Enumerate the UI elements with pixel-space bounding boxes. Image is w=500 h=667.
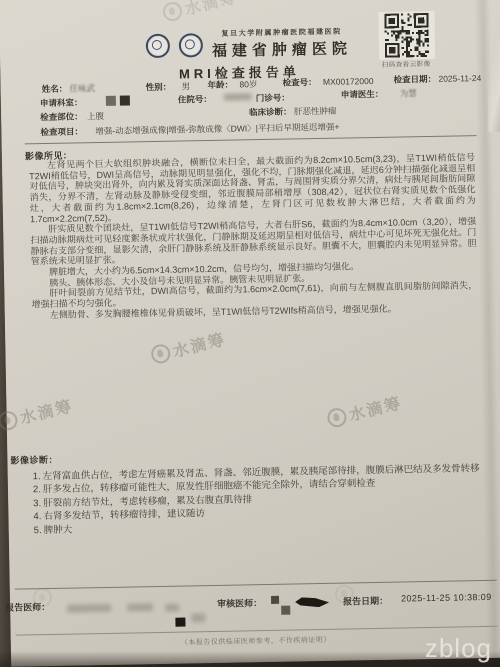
field-exam-date: 检查日期： 2025-11-24: [393, 72, 481, 86]
footer-note: （本报告仅供临床医师参考，不作疾病证明）: [126, 634, 386, 649]
water-drop-icon: [325, 406, 348, 429]
qr-code: [378, 11, 435, 60]
qr-code-svg: [380, 13, 433, 58]
photo-background: 水滴筹 复旦大学附属肿瘤医院福建医院 福建省肿瘤医院 MRI检查报告单 扫码查看…: [0, 0, 500, 667]
hospital-name-block: 复旦大学附属肿瘤医院福建医院 福建省肿瘤医院: [212, 26, 353, 61]
redaction-blur: [165, 604, 179, 612]
signature-row: 报告医师： 审核医师： 报告日期： 2025-11-25 10:38:09: [5, 592, 500, 617]
field-clinical-dx: 临床诊断： 肝恶性肿瘤: [249, 105, 337, 119]
field-outpatient-no: 门诊号：: [256, 92, 290, 105]
field-exam-no: 检查号： MX00172000: [282, 75, 373, 89]
field-name: 姓名： 任咏武: [42, 82, 96, 95]
field-exam-items: 检查项目： 增强-动态增强成像|增强-弥散成像〈DWI〉|平扫后早期延迟增强+: [40, 121, 339, 138]
field-req-doctor: 申请医生： 为慧: [341, 87, 417, 100]
redaction-block: [271, 596, 279, 604]
redaction-blur: [224, 93, 252, 101]
field-body-part: 检查部位： 上腹: [40, 110, 104, 123]
report-date-value: 2025-11-25 10:38:09: [401, 592, 492, 604]
findings-paragraph: 左肾见两个巨大软组织肿块融合，横断位未扫全，最大截面约为8.2cm×10.5cm…: [29, 152, 476, 224]
redaction-blur: [127, 603, 153, 611]
signature-mark: [295, 597, 329, 608]
redaction-blur: [191, 613, 205, 622]
hospital-emblem-icon: [179, 33, 203, 57]
redaction-blur: [67, 604, 111, 613]
report-doctor-label: 报告医师：: [5, 600, 50, 614]
redaction-block: [281, 606, 290, 615]
patient-name: 任咏武: [69, 83, 95, 93]
watermark-shuidichou: 水滴筹: [325, 390, 404, 431]
report-date-label: 报告日期：: [343, 594, 388, 608]
hospital-logo-icon: [146, 34, 170, 58]
redaction-block: [106, 96, 116, 106]
water-drop-icon: [0, 409, 19, 432]
report-paper: 水滴筹 复旦大学附属肿瘤医院福建医院 福建省肿瘤医院 MRI检查报告单 扫码查看…: [0, 0, 500, 667]
qr-caption: 扫码查看云影像: [365, 59, 447, 70]
field-inpatient-no: 住院号：: [178, 93, 212, 106]
site-watermark: zblog: [425, 633, 492, 664]
report-content: 水滴筹 复旦大学附属肿瘤医院福建医院 福建省肿瘤医院 MRI检查报告单 扫码查看…: [0, 0, 500, 667]
watermark-shuidichou: 水滴筹: [160, 0, 239, 25]
redaction-block: [175, 618, 185, 627]
water-drop-icon: [161, 0, 184, 23]
field-age: 年龄： 80岁: [208, 78, 258, 91]
field-gender: 性别： 男: [146, 80, 191, 93]
field-dept: 申请科室：: [40, 96, 83, 109]
review-doctor-label: 审核医师：: [217, 596, 262, 610]
watermark-shuidichou: 水滴筹: [0, 393, 75, 434]
diagnosis-label: 影像诊断：: [10, 453, 58, 467]
findings-body: 左肾见两个巨大软组织肿块融合，横断位未扫全，最大截面约为8.2cm×10.5cm…: [29, 152, 478, 321]
diagnosis-list: 1.左肾富血供占位，考虑左肾癌累及肾盂、肾盏、邻近腹膜，累及胰尾部待排，腹膜后淋…: [33, 462, 489, 537]
req-doctor-name: 为慧: [400, 88, 417, 98]
watermark-shuidichou: 水滴筹: [149, 327, 228, 368]
redaction-block: [120, 95, 130, 105]
divider: [15, 580, 497, 590]
water-drop-icon: [149, 342, 172, 365]
hospital-name: 福建省肿瘤医院: [212, 37, 352, 61]
